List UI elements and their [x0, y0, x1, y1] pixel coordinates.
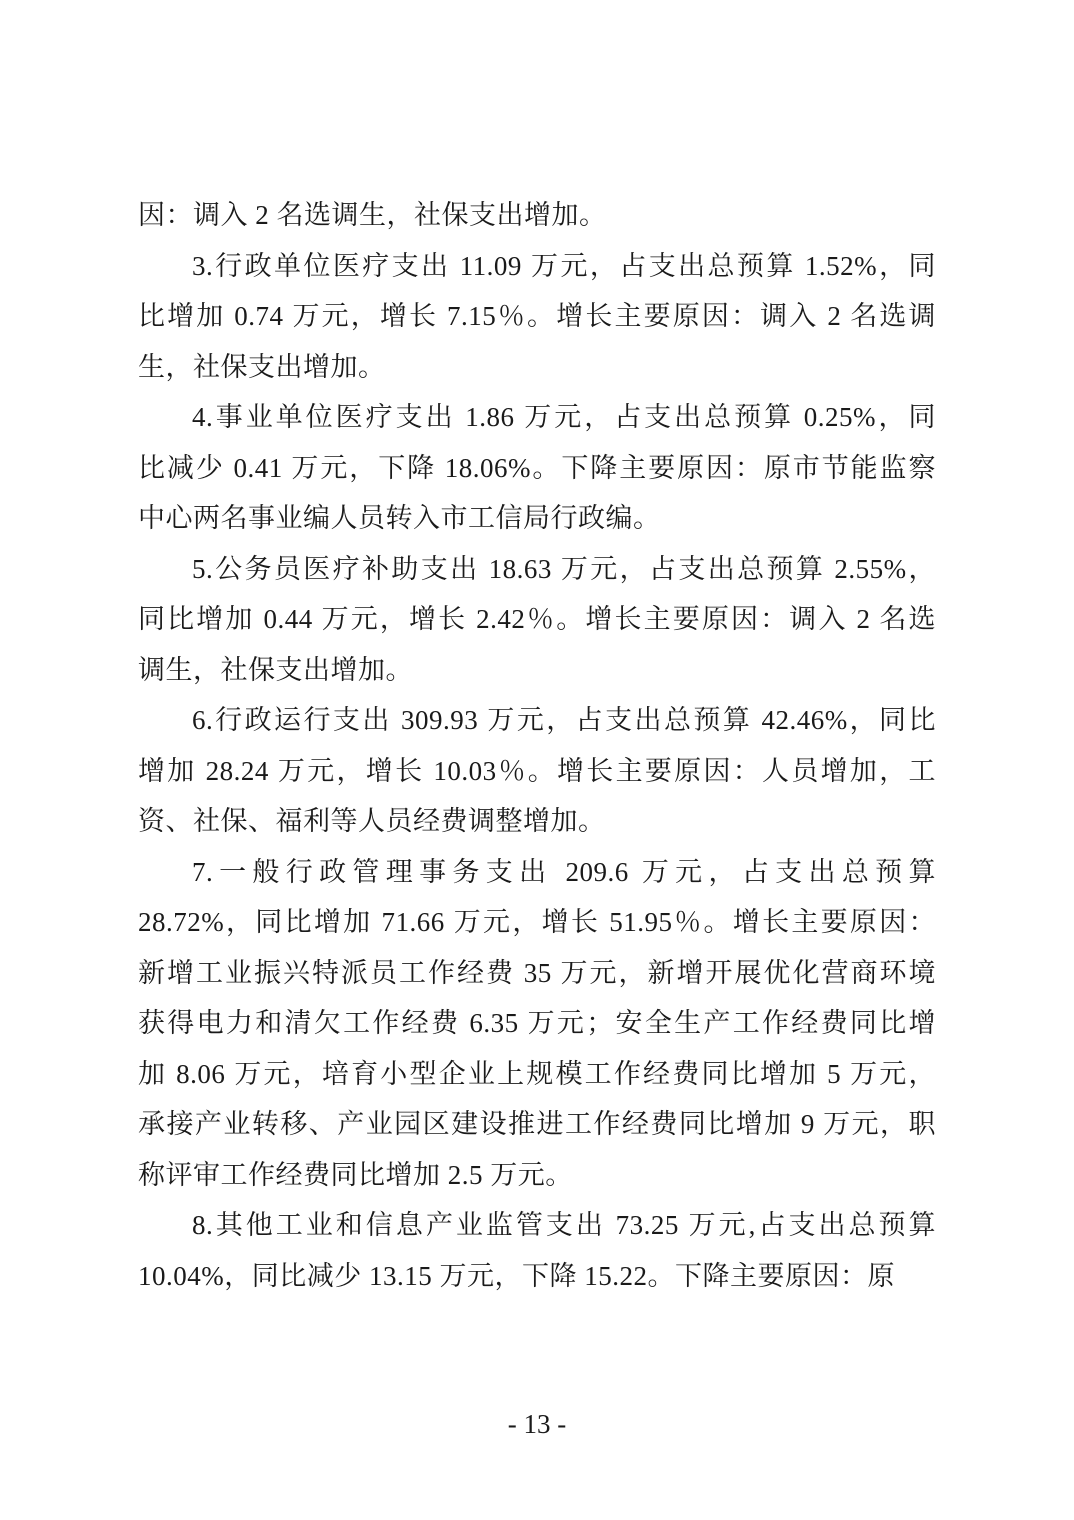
- text-line: 中心两名事业编人员转入市工信局行政编。: [138, 493, 936, 544]
- paragraph: 8.其他工业和信息产业监管支出 73.25 万元,占支出总预算10.04%，同比…: [138, 1200, 936, 1301]
- text-line: 比增加 0.74 万元，增长 7.15％。增长主要原因：调入 2 名选调: [138, 291, 936, 342]
- text-line: 比减少 0.41 万元，下降 18.06%。下降主要原因：原市节能监察: [138, 443, 936, 494]
- text-line: 3.行政单位医疗支出 11.09 万元，占支出总预算 1.52%，同: [138, 241, 936, 292]
- text-line: 承接产业转移、产业园区建设推进工作经费同比增加 9 万元，职: [138, 1099, 936, 1150]
- document-page: 因：调入 2 名选调生，社保支出增加。3.行政单位医疗支出 11.09 万元，占…: [0, 0, 1074, 1520]
- text-line: 生，社保支出增加。: [138, 342, 936, 393]
- document-body: 因：调入 2 名选调生，社保支出增加。3.行政单位医疗支出 11.09 万元，占…: [138, 190, 936, 1301]
- paragraph: 5.公务员医疗补助支出 18.63 万元，占支出总预算 2.55%，同比增加 0…: [138, 544, 936, 696]
- text-line: 新增工业振兴特派员工作经费 35 万元，新增开展优化营商环境: [138, 948, 936, 999]
- text-line: 7.一般行政管理事务支出 209.6 万元，占支出总预算: [138, 847, 936, 898]
- text-line: 资、社保、福利等人员经费调整增加。: [138, 796, 936, 847]
- text-line: 28.72%，同比增加 71.66 万元，增长 51.95％。增长主要原因：: [138, 897, 936, 948]
- paragraph: 7.一般行政管理事务支出 209.6 万元，占支出总预算28.72%，同比增加 …: [138, 847, 936, 1201]
- page-number: - 13 -: [0, 1406, 1074, 1442]
- text-line: 获得电力和清欠工作经费 6.35 万元；安全生产工作经费同比增: [138, 998, 936, 1049]
- text-line: 因：调入 2 名选调生，社保支出增加。: [138, 190, 936, 241]
- text-line: 5.公务员医疗补助支出 18.63 万元，占支出总预算 2.55%，: [138, 544, 936, 595]
- text-line: 调生，社保支出增加。: [138, 645, 936, 696]
- text-line: 称评审工作经费同比增加 2.5 万元。: [138, 1150, 936, 1201]
- text-line: 10.04%，同比减少 13.15 万元，下降 15.22。下降主要原因：原: [138, 1251, 936, 1302]
- paragraph: 因：调入 2 名选调生，社保支出增加。: [138, 190, 936, 241]
- text-line: 4.事业单位医疗支出 1.86 万元，占支出总预算 0.25%，同: [138, 392, 936, 443]
- text-line: 8.其他工业和信息产业监管支出 73.25 万元,占支出总预算: [138, 1200, 936, 1251]
- text-line: 加 8.06 万元，培育小型企业上规模工作经费同比增加 5 万元，: [138, 1049, 936, 1100]
- paragraph: 3.行政单位医疗支出 11.09 万元，占支出总预算 1.52%，同比增加 0.…: [138, 241, 936, 393]
- paragraph: 6.行政运行支出 309.93 万元，占支出总预算 42.46%，同比增加 28…: [138, 695, 936, 847]
- text-line: 同比增加 0.44 万元，增长 2.42％。增长主要原因：调入 2 名选: [138, 594, 936, 645]
- text-line: 增加 28.24 万元，增长 10.03％。增长主要原因：人员增加，工: [138, 746, 936, 797]
- text-line: 6.行政运行支出 309.93 万元，占支出总预算 42.46%，同比: [138, 695, 936, 746]
- paragraph: 4.事业单位医疗支出 1.86 万元，占支出总预算 0.25%，同比减少 0.4…: [138, 392, 936, 544]
